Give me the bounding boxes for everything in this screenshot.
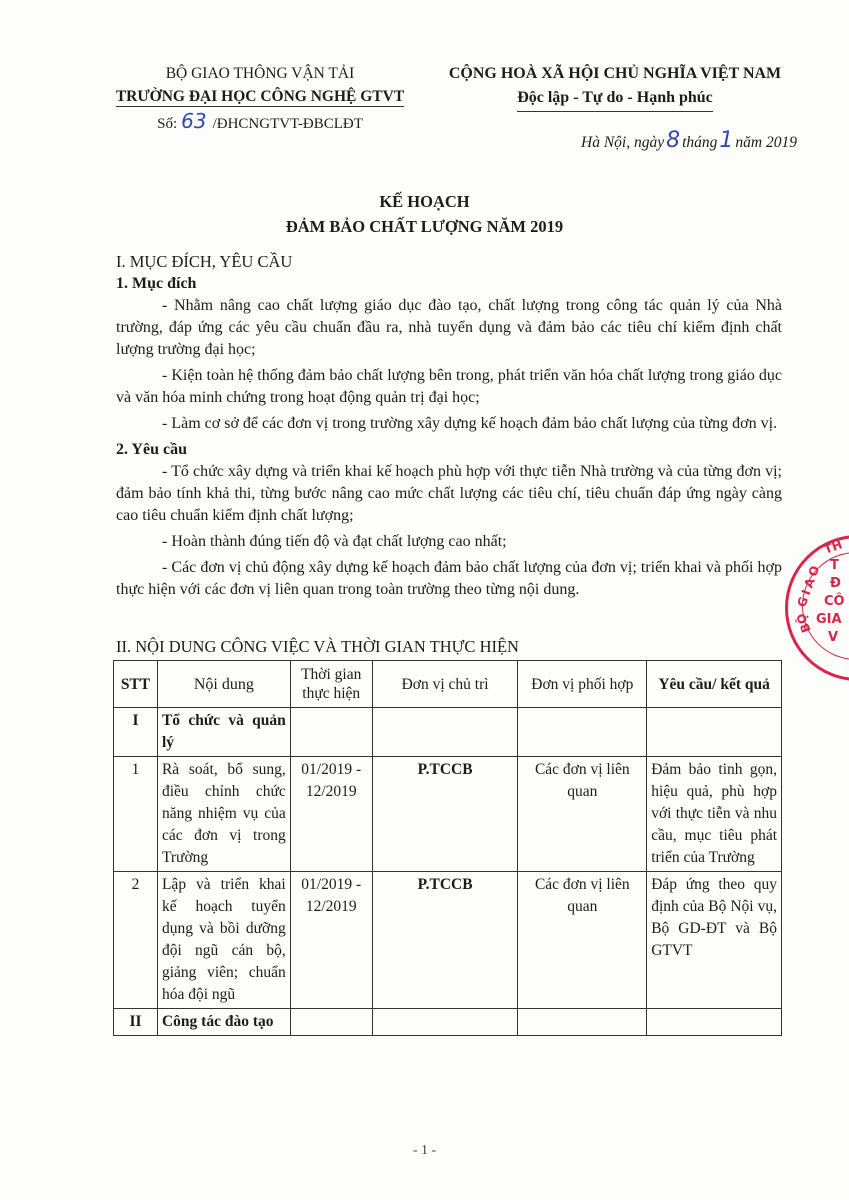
section-2-heading: II. NỘI DUNG CÔNG VIỆC VÀ THỜI GIAN THỰC… (116, 637, 519, 657)
table-row-group: II Công tác đào tạo (114, 1009, 782, 1036)
ministry-name: BỘ GIAO THÔNG VẬN TẢI (100, 62, 420, 85)
national-motto: Độc lập - Tự do - Hạnh phúc (517, 86, 713, 112)
col-header-time: Thời gian thực hiện (290, 661, 372, 708)
page-number: - 1 - (0, 1143, 849, 1159)
col-header-stt: STT (114, 661, 158, 708)
seal-inner-line: Đ (830, 576, 841, 591)
document-date: Hà Nội, ngày8tháng1năm 2019 (581, 128, 797, 153)
document-title: KẾ HOẠCH ĐẢM BẢO CHẤT LƯỢNG NĂM 2019 (0, 189, 849, 239)
seal-inner-line: GIA (816, 612, 842, 627)
seal-inner-line: T (830, 558, 839, 573)
table-header-row: STT Nội dung Thời gian thực hiện Đơn vị … (114, 661, 782, 708)
subsection-requirements-heading: 2. Yêu cầu (116, 439, 782, 461)
requirement-paragraph: - Hoàn thành đúng tiến độ và đạt chất lư… (116, 531, 782, 553)
school-name: TRƯỜNG ĐẠI HỌC CÔNG NGHỆ GTVT (100, 85, 420, 108)
table-row-group: I Tổ chức và quản lý (114, 708, 782, 757)
requirement-paragraph: - Tổ chức xây dựng và triển khai kế hoạc… (116, 461, 782, 527)
col-header-partner-unit: Đơn vị phối hợp (518, 661, 647, 708)
seal-inner-line: V (828, 630, 838, 645)
work-plan-table: STT Nội dung Thời gian thực hiện Đơn vị … (113, 660, 782, 1036)
section-1-heading: I. MỤC ĐÍCH, YÊU CẦU (116, 251, 782, 273)
purpose-paragraph: - Kiện toàn hệ thống đảm bảo chất lượng … (116, 365, 782, 409)
country-name: CỘNG HOÀ XÃ HỘI CHỦ NGHĨA VIỆT NAM (420, 62, 810, 86)
official-seal-stamp: GIAO BỘ TH T Đ CÔ GIA V (785, 535, 849, 681)
handwritten-number: 63 (181, 109, 206, 133)
handwritten-day: 8 (666, 128, 680, 153)
col-header-lead-unit: Đơn vị chủ trì (372, 661, 518, 708)
col-header-content: Nội dung (157, 661, 290, 708)
table-row: 1 Rà soát, bổ sung, điều chỉnh chức năng… (114, 757, 782, 872)
col-header-result: Yêu cầu/ kết quả (647, 661, 782, 708)
requirement-paragraph: - Các đơn vị chủ động xây dựng kế hoạch … (116, 557, 782, 601)
table-row: 2 Lập và triển khai kế hoạch tuyển dụng … (114, 872, 782, 1009)
handwritten-month: 1 (719, 128, 733, 153)
subsection-purpose-heading: 1. Mục đích (116, 273, 782, 295)
purpose-paragraph: - Nhằm nâng cao chất lượng giáo dục đào … (116, 295, 782, 361)
issuer-block: BỘ GIAO THÔNG VẬN TẢI TRƯỜNG ĐẠI HỌC CÔN… (100, 62, 420, 136)
national-heading: CỘNG HOÀ XÃ HỘI CHỦ NGHĨA VIỆT NAM Độc l… (420, 62, 810, 112)
purpose-paragraph: - Làm cơ sở để các đơn vị trong trường x… (116, 413, 782, 435)
seal-inner-line: CÔ (824, 594, 845, 609)
document-number: Số:63/ĐHCNGTVT-ĐBCLĐT (100, 110, 420, 136)
section-purpose-requirements: I. MỤC ĐÍCH, YÊU CẦU 1. Mục đích - Nhằm … (116, 251, 782, 605)
